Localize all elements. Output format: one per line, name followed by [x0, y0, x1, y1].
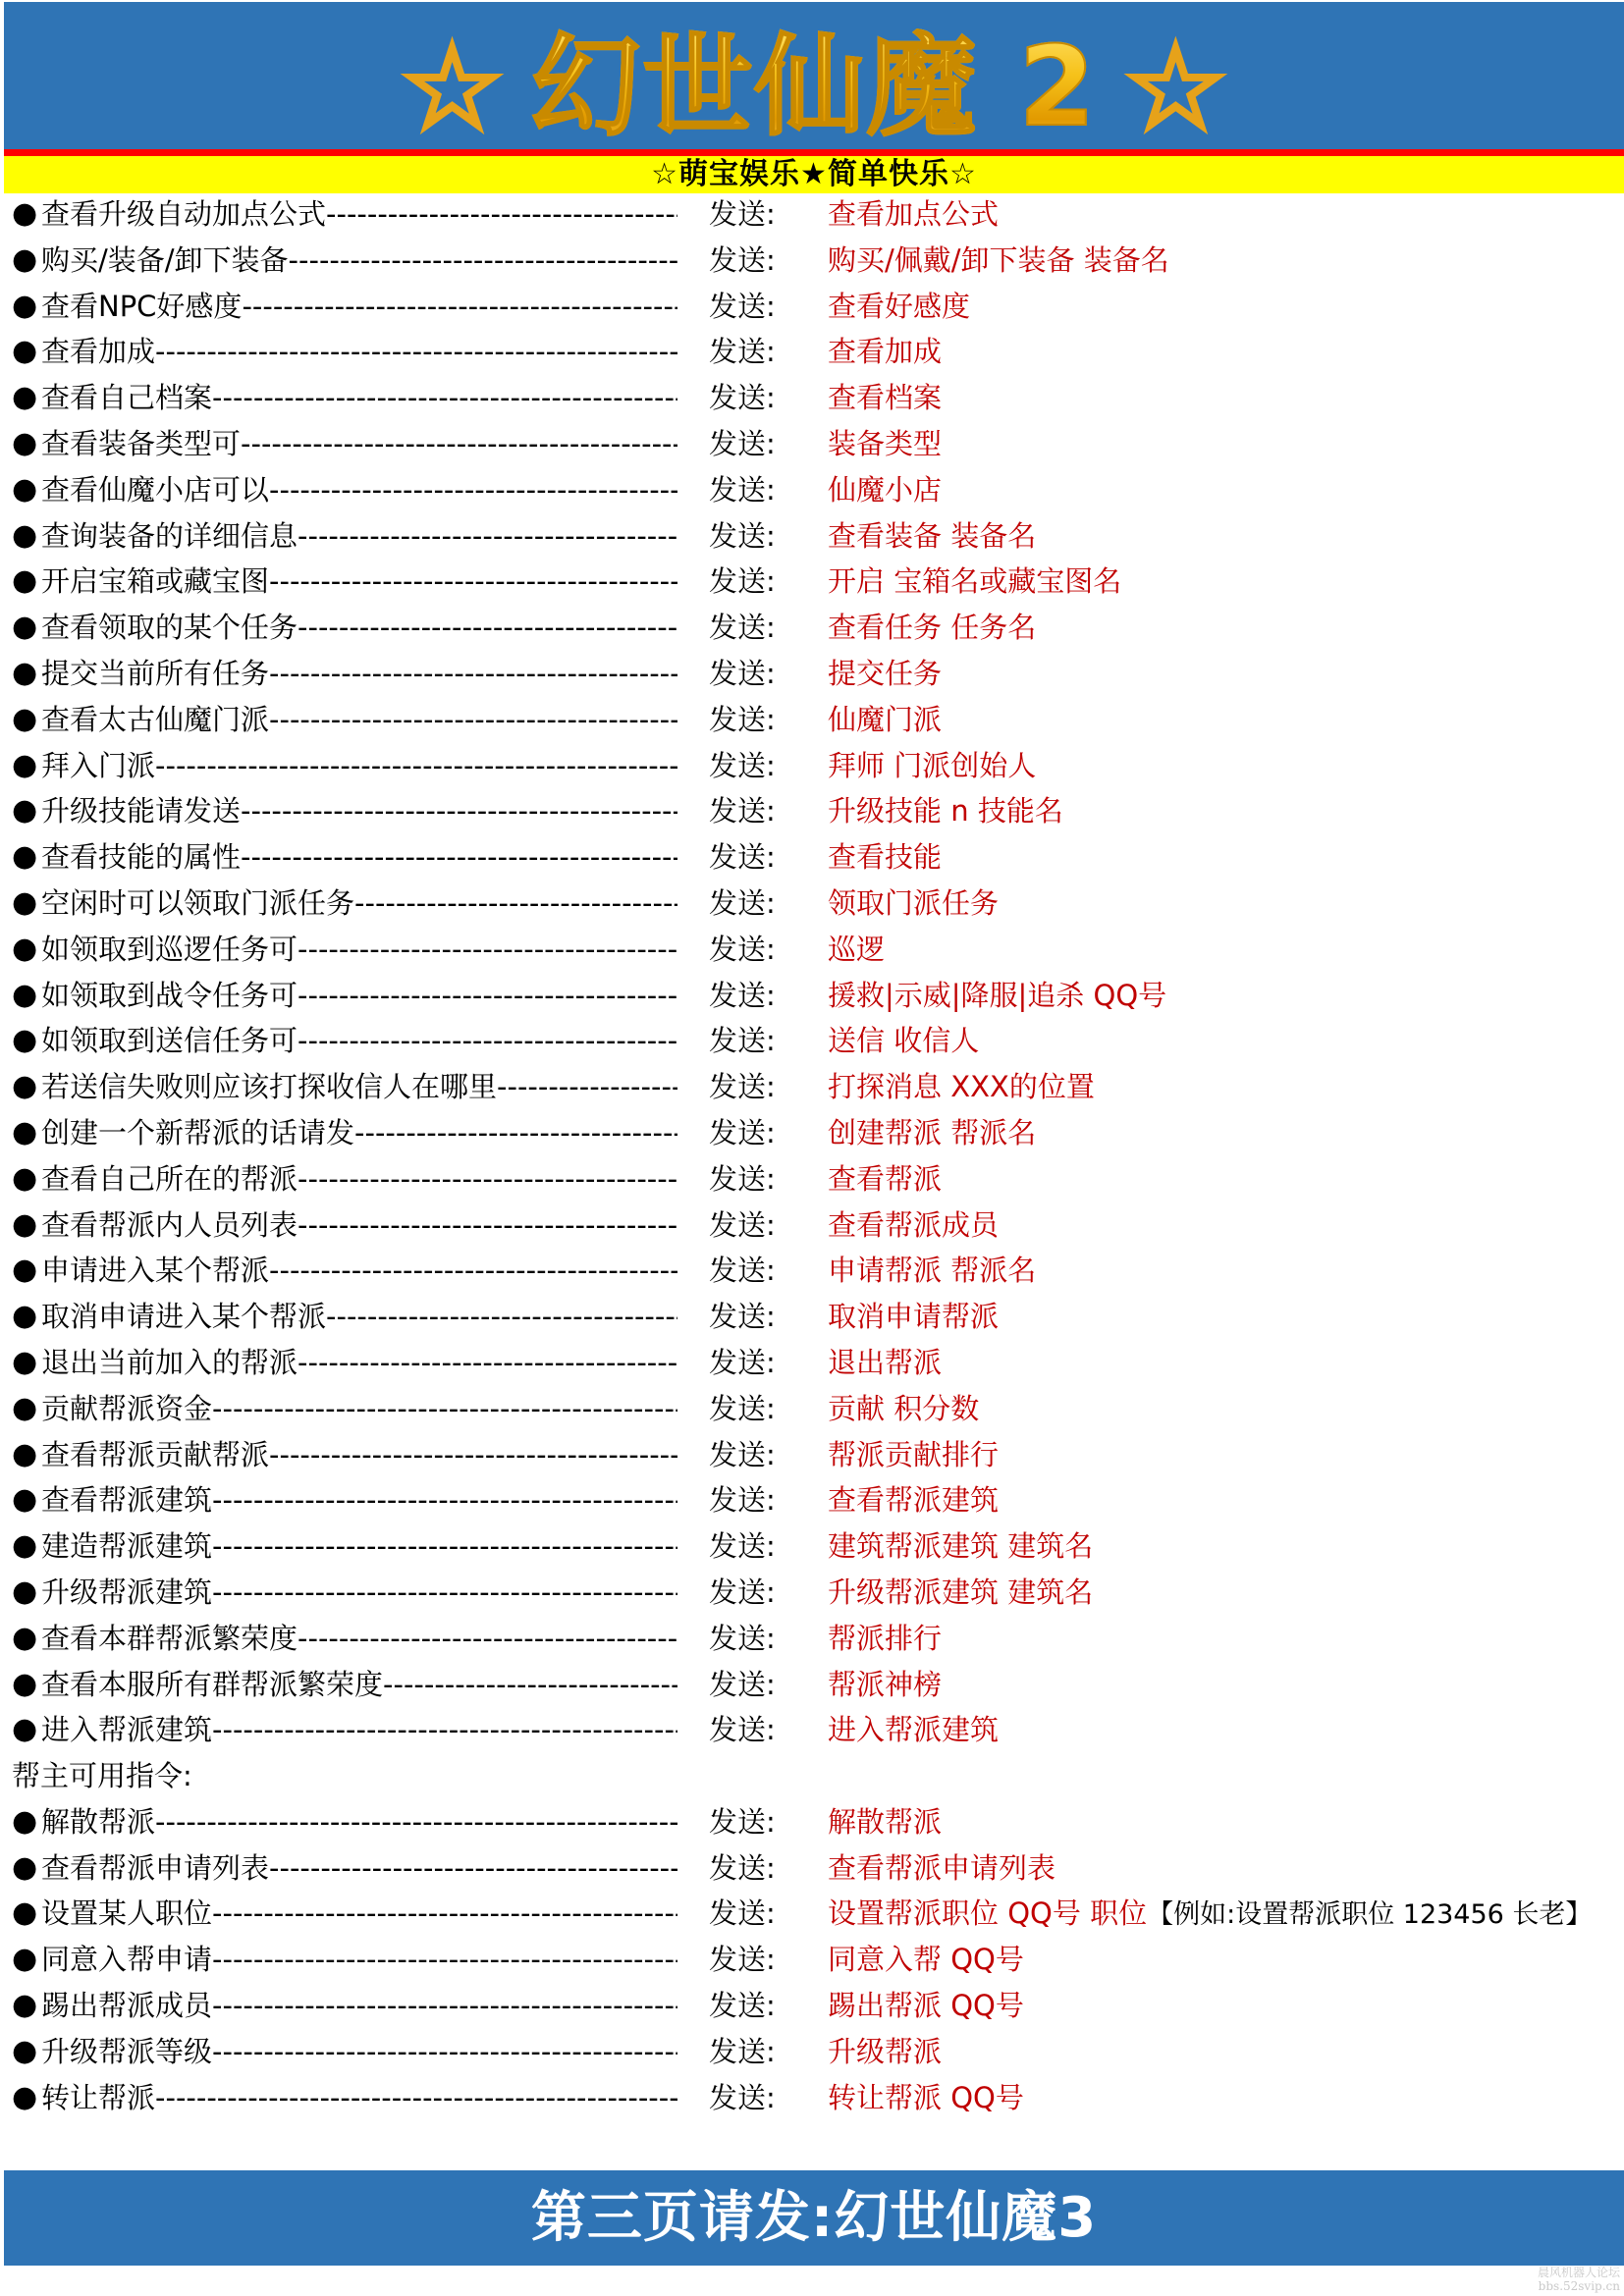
command-row: ●查看技能的属性--------------------------------…: [0, 834, 1624, 881]
leader-dashes: ----------------------------------------…: [241, 840, 677, 874]
command-text: 查看档案: [828, 375, 942, 421]
command-row: ●开启宝箱或藏宝图-------------------------------…: [0, 559, 1624, 605]
watermark-line1: 晨风机器人论坛: [1538, 2266, 1620, 2279]
command-text: 查看装备 装备名: [828, 513, 1036, 560]
command-description: 空闲时可以领取门派任务-----------------------------…: [41, 881, 677, 927]
bullet-icon: ●: [12, 421, 37, 467]
send-label: 发送:: [709, 697, 776, 743]
command-text: 仙魔门派: [828, 697, 942, 743]
bullet-icon: ●: [12, 1064, 37, 1110]
send-label: 发送:: [709, 1937, 776, 1983]
command-row: ●查看帮派申请列表-------------------------------…: [0, 1845, 1624, 1892]
command-text: 退出帮派: [828, 1340, 942, 1386]
command-text: 取消申请帮派: [828, 1294, 999, 1340]
command-text: 查看帮派申请列表: [828, 1845, 1056, 1892]
command-description: 查看本群帮派繁荣度-------------------------------…: [41, 1616, 677, 1662]
command-row: ●查看领取的某个任务------------------------------…: [0, 605, 1624, 651]
star-outline-icon: ☆: [401, 24, 505, 151]
bullet-icon: ●: [12, 284, 37, 330]
command-description: 取消申请进入某个帮派------------------------------…: [41, 1294, 677, 1340]
leader-dashes: ----------------------------------------…: [298, 1208, 677, 1242]
command-text: 同意入帮 QQ号: [828, 1937, 1024, 1983]
command-row: ●进入帮派建筑---------------------------------…: [0, 1707, 1624, 1753]
leader-dashes: ----------------------------------------…: [298, 1622, 677, 1655]
command-row: ●建造帮派建筑---------------------------------…: [0, 1523, 1624, 1570]
command-text: 装备类型: [828, 421, 942, 467]
command-row: ●若送信失败则应该打探收信人在哪里-----------------------…: [0, 1064, 1624, 1110]
bullet-icon: ●: [12, 1294, 37, 1340]
leader-dashes: ----------------------------------------…: [212, 1392, 677, 1425]
bullet-icon: ●: [12, 1386, 37, 1432]
command-row: ●升级帮派等级---------------------------------…: [0, 2029, 1624, 2075]
leader-dashes: ----------------------------------------…: [212, 1713, 677, 1746]
send-label: 发送:: [709, 1248, 776, 1294]
command-description: 申请进入某个帮派--------------------------------…: [41, 1248, 677, 1294]
bullet-icon: ●: [12, 1018, 37, 1064]
bullet-icon: ●: [12, 1202, 37, 1249]
bullet-icon: ●: [12, 651, 37, 697]
watermark: 晨风机器人论坛 bbs.52svip.cn: [1538, 2266, 1620, 2293]
command-description: 解散帮派------------------------------------…: [41, 1799, 677, 1845]
command-description: 查看本服所有群帮派繁荣度----------------------------…: [41, 1662, 677, 1708]
leader-dashes: ----------------------------------------…: [298, 979, 677, 1012]
send-label: 发送:: [709, 329, 776, 375]
command-row: ●同意入帮申请---------------------------------…: [0, 1937, 1624, 1983]
command-list: ●查看升级自动加点公式-----------------------------…: [0, 191, 1624, 2120]
command-description: 进入帮派建筑----------------------------------…: [41, 1707, 677, 1753]
leader-dashes: ----------------------------------------…: [212, 381, 677, 414]
bullet-icon: ●: [12, 1477, 37, 1523]
command-description: 创建一个新帮派的话请发-----------------------------…: [41, 1110, 677, 1156]
command-text: 升级帮派建筑 建筑名: [828, 1570, 1093, 1616]
command-row: ●查询装备的详细信息------------------------------…: [0, 513, 1624, 560]
command-description: 查看帮派内人员列表-------------------------------…: [41, 1202, 677, 1249]
leader-dashes: ----------------------------------------…: [269, 473, 677, 507]
command-text: 建筑帮派建筑 建筑名: [828, 1523, 1093, 1570]
bullet-icon: ●: [12, 513, 37, 560]
command-description: 升级帮派等级----------------------------------…: [41, 2029, 677, 2075]
bullet-icon: ●: [12, 1845, 37, 1892]
command-description: 查看太古仙魔门派--------------------------------…: [41, 697, 677, 743]
footer-banner: 第三页请发:幻世仙魔3: [4, 2170, 1624, 2266]
command-description: 查看领取的某个任务-------------------------------…: [41, 605, 677, 651]
command-text: 开启 宝箱名或藏宝图名: [828, 559, 1121, 605]
command-row: ●查看仙魔小店可以-------------------------------…: [0, 467, 1624, 513]
title-banner: ☆ 幻世仙魔 2 ☆: [4, 2, 1624, 149]
command-description: 查看帮派建筑----------------------------------…: [41, 1477, 677, 1523]
command-description: 如领取到送信任务可-------------------------------…: [41, 1018, 677, 1064]
subtitle: ☆萌宝娱乐★简单快乐☆: [651, 157, 977, 191]
command-text: 查看帮派: [828, 1156, 942, 1202]
leader-dashes: ----------------------------------------…: [354, 1116, 677, 1149]
command-description: 提交当前所有任务--------------------------------…: [41, 651, 677, 697]
bullet-icon: ●: [12, 973, 37, 1019]
send-label: 发送:: [709, 2075, 776, 2121]
command-row: ●查看自己所在的帮派------------------------------…: [0, 1156, 1624, 1202]
leader-dashes: ----------------------------------------…: [269, 564, 677, 598]
bullet-icon: ●: [12, 2075, 37, 2121]
leader-dashes: ----------------------------------------…: [212, 1575, 677, 1609]
command-text: 升级技能 n 技能名: [828, 788, 1063, 834]
command-row: ●查看加成-----------------------------------…: [0, 329, 1624, 375]
send-label: 发送:: [709, 1018, 776, 1064]
command-text: 查看加点公式: [828, 191, 999, 238]
command-row: ●拜入门派-----------------------------------…: [0, 743, 1624, 789]
leader-dashes: ----------------------------------------…: [298, 1024, 677, 1057]
command-row: ●创建一个新帮派的话请发----------------------------…: [0, 1110, 1624, 1156]
send-label: 发送:: [709, 467, 776, 513]
command-row: ●查看太古仙魔门派-------------------------------…: [0, 697, 1624, 743]
title-row: ☆ 幻世仙魔 2 ☆: [4, 24, 1624, 151]
send-label: 发送:: [709, 743, 776, 789]
command-description: 如领取到战令任务可-------------------------------…: [41, 973, 677, 1019]
send-label: 发送:: [709, 191, 776, 238]
send-label: 发送:: [709, 375, 776, 421]
bullet-icon: ●: [12, 743, 37, 789]
bullet-icon: ●: [12, 927, 37, 973]
leader-dashes: ----------------------------------------…: [212, 2035, 677, 2068]
command-description: 查看技能的属性---------------------------------…: [41, 834, 677, 881]
send-label: 发送:: [709, 1662, 776, 1708]
command-row: ●购买/装备/卸下装备-----------------------------…: [0, 238, 1624, 284]
command-row: ●取消申请进入某个帮派-----------------------------…: [0, 1294, 1624, 1340]
command-text: 购买/佩戴/卸下装备 装备名: [828, 238, 1169, 284]
command-description: 拜入门派------------------------------------…: [41, 743, 677, 789]
leader-dashes: ----------------------------------------…: [212, 1943, 677, 1976]
leader-dashes: ----------------------------------------…: [289, 243, 677, 277]
command-description: 设置某人职位----------------------------------…: [41, 1891, 677, 1937]
command-text: 创建帮派 帮派名: [828, 1110, 1036, 1156]
send-label: 发送:: [709, 1340, 776, 1386]
send-label: 发送:: [709, 605, 776, 651]
command-row: ●查看自己档案---------------------------------…: [0, 375, 1624, 421]
command-description: 退出当前加入的帮派-------------------------------…: [41, 1340, 677, 1386]
command-row: ●查看升级自动加点公式-----------------------------…: [0, 191, 1624, 238]
leader-dashes: ----------------------------------------…: [242, 290, 677, 323]
command-description: 查看装备类型可---------------------------------…: [41, 421, 677, 467]
leader-dashes: ----------------------------------------…: [269, 1254, 677, 1287]
leader-dashes: ----------------------------------------…: [298, 611, 677, 644]
command-description: 购买/装备/卸下装备------------------------------…: [41, 238, 677, 284]
command-row: ●解散帮派-----------------------------------…: [0, 1799, 1624, 1845]
bullet-icon: ●: [12, 467, 37, 513]
command-row: ●退出当前加入的帮派------------------------------…: [0, 1340, 1624, 1386]
leader-dashes: ----------------------------------------…: [212, 1896, 677, 1930]
send-label: 发送:: [709, 834, 776, 881]
command-text: 贡献 积分数: [828, 1386, 979, 1432]
command-description: 转让帮派------------------------------------…: [41, 2075, 677, 2121]
bullet-icon: ●: [12, 1523, 37, 1570]
command-description: 查看帮派申请列表--------------------------------…: [41, 1845, 677, 1892]
subtitle-band: ☆萌宝娱乐★简单快乐☆: [4, 156, 1624, 193]
send-label: 发送:: [709, 1156, 776, 1202]
command-row: ●查看帮派内人员列表------------------------------…: [0, 1202, 1624, 1249]
command-text: 打探消息 XXX的位置: [828, 1064, 1095, 1110]
command-description: 如领取到巡逻任务可-------------------------------…: [41, 927, 677, 973]
leader-dashes: ----------------------------------------…: [326, 197, 677, 231]
send-label: 发送:: [709, 1983, 776, 2029]
bullet-icon: ●: [12, 1616, 37, 1662]
send-label: 发送:: [709, 973, 776, 1019]
command-description: 踢出帮派成员----------------------------------…: [41, 1983, 677, 2029]
command-description: 查看加成------------------------------------…: [41, 329, 677, 375]
bullet-icon: ●: [12, 1707, 37, 1753]
command-description: 若送信失败则应该打探收信人在哪里------------------------…: [41, 1064, 677, 1110]
command-row: ●如领取到战令任务可------------------------------…: [0, 973, 1624, 1019]
command-text: 踢出帮派 QQ号: [828, 1983, 1024, 2029]
next-page-hint: 第三页请发:幻世仙魔3: [531, 2186, 1097, 2250]
leader-dashes: ----------------------------------------…: [155, 1805, 677, 1839]
command-text: 设置帮派职位 QQ号 职位【例如:设置帮派职位 123456 长老】: [828, 1891, 1592, 1939]
command-text: 提交任务: [828, 651, 942, 697]
star-outline-icon: ☆: [1124, 24, 1228, 151]
command-row: ●提交当前所有任务-------------------------------…: [0, 651, 1624, 697]
bullet-icon: ●: [12, 1983, 37, 2029]
command-text: 帮派神榜: [828, 1662, 942, 1708]
bullet-icon: ●: [12, 2029, 37, 2075]
command-description: 升级技能请发送---------------------------------…: [41, 788, 677, 834]
leader-dashes: ----------------------------------------…: [212, 1483, 677, 1517]
send-label: 发送:: [709, 927, 776, 973]
bullet-icon: ●: [12, 1110, 37, 1156]
command-row: ●查看帮派贡献帮派-------------------------------…: [0, 1432, 1624, 1478]
command-text: 查看帮派建筑: [828, 1477, 999, 1523]
send-label: 发送:: [709, 1202, 776, 1249]
send-label: 发送:: [709, 1570, 776, 1616]
command-text: 查看任务 任务名: [828, 605, 1036, 651]
command-description: 升级帮派建筑----------------------------------…: [41, 1570, 677, 1616]
send-label: 发送:: [709, 1110, 776, 1156]
bullet-icon: ●: [12, 834, 37, 881]
bullet-icon: ●: [12, 1937, 37, 1983]
command-text: 拜师 门派创始人: [828, 743, 1036, 789]
leader-dashes: ----------------------------------------…: [241, 427, 677, 460]
divider-red: [4, 149, 1624, 156]
command-text: 领取门派任务: [828, 881, 999, 927]
command-text: 申请帮派 帮派名: [828, 1248, 1036, 1294]
bullet-icon: ●: [12, 605, 37, 651]
command-description: 查看自己所在的帮派-------------------------------…: [41, 1156, 677, 1202]
leader-dashes: ----------------------------------------…: [269, 1851, 677, 1885]
command-text: 查看技能: [828, 834, 942, 881]
page-title: 幻世仙魔 2: [531, 24, 1098, 151]
command-description: 查看升级自动加点公式------------------------------…: [41, 191, 677, 238]
command-description: 查看NPC好感度--------------------------------…: [41, 284, 677, 330]
leader-dashes: ----------------------------------------…: [212, 1529, 677, 1563]
leader-dashes: ----------------------------------------…: [383, 1668, 677, 1701]
send-label: 发送:: [709, 421, 776, 467]
command-text: 帮派排行: [828, 1616, 942, 1662]
bullet-icon: ●: [12, 1156, 37, 1202]
leader-dashes: ----------------------------------------…: [298, 1346, 677, 1379]
command-description: 查询装备的详细信息-------------------------------…: [41, 513, 677, 560]
command-description: 查看帮派贡献帮派--------------------------------…: [41, 1432, 677, 1478]
command-text: 查看加成: [828, 329, 942, 375]
command-description: 查看仙魔小店可以--------------------------------…: [41, 467, 677, 513]
send-label: 发送:: [709, 881, 776, 927]
command-text: 转让帮派 QQ号: [828, 2075, 1024, 2121]
command-row: ●升级帮派建筑---------------------------------…: [0, 1570, 1624, 1616]
command-text: 帮派贡献排行: [828, 1432, 999, 1478]
leader-dashes: ----------------------------------------…: [298, 933, 677, 966]
command-text: 查看帮派成员: [828, 1202, 999, 1249]
command-row: ●贡献帮派资金---------------------------------…: [0, 1386, 1624, 1432]
command-row: ●查看NPC好感度-------------------------------…: [0, 284, 1624, 330]
leader-dashes: ----------------------------------------…: [155, 335, 677, 368]
bullet-icon: ●: [12, 1248, 37, 1294]
send-label: 发送:: [709, 1432, 776, 1478]
leader-dashes: ----------------------------------------…: [298, 519, 677, 553]
send-label: 发送:: [709, 1707, 776, 1753]
watermark-line2: bbs.52svip.cn: [1538, 2279, 1620, 2293]
leader-dashes: ----------------------------------------…: [354, 886, 677, 920]
send-label: 发送:: [709, 238, 776, 284]
command-text: 进入帮派建筑: [828, 1707, 999, 1753]
command-text: 查看好感度: [828, 284, 970, 330]
send-label: 发送:: [709, 1064, 776, 1110]
leader-dashes: ----------------------------------------…: [269, 1438, 677, 1471]
bullet-icon: ●: [12, 1662, 37, 1708]
leader-dashes: ----------------------------------------…: [298, 1162, 677, 1196]
command-row: ●转让帮派-----------------------------------…: [0, 2075, 1624, 2121]
send-label: 发送:: [709, 1294, 776, 1340]
command-text: 送信 收信人: [828, 1018, 979, 1064]
send-label: 发送:: [709, 1799, 776, 1845]
command-row: ●如领取到送信任务可------------------------------…: [0, 1018, 1624, 1064]
leader-dashes: ----------------------------------------…: [269, 657, 677, 690]
leader-dashes: ----------------------------------------…: [212, 1989, 677, 2022]
send-label: 发送:: [709, 1386, 776, 1432]
command-row: ●升级技能请发送--------------------------------…: [0, 788, 1624, 834]
command-text: 升级帮派: [828, 2029, 942, 2075]
bullet-icon: ●: [12, 1570, 37, 1616]
command-description: 查看自己档案----------------------------------…: [41, 375, 677, 421]
command-text: 解散帮派: [828, 1799, 942, 1845]
command-text: 仙魔小店: [828, 467, 942, 513]
command-description: 同意入帮申请----------------------------------…: [41, 1937, 677, 1983]
bullet-icon: ●: [12, 1891, 37, 1937]
send-label: 发送:: [709, 1477, 776, 1523]
bullet-icon: ●: [12, 788, 37, 834]
command-row: ●踢出帮派成员---------------------------------…: [0, 1983, 1624, 2029]
bullet-icon: ●: [12, 1340, 37, 1386]
command-row: ●空闲时可以领取门派任务----------------------------…: [0, 881, 1624, 927]
bullet-icon: ●: [12, 238, 37, 284]
bullet-icon: ●: [12, 697, 37, 743]
send-label: 发送:: [709, 788, 776, 834]
command-row: ●申请进入某个帮派-------------------------------…: [0, 1248, 1624, 1294]
command-text: 援救|示威|降服|追杀 QQ号: [828, 973, 1166, 1019]
command-row: ●查看帮派建筑---------------------------------…: [0, 1477, 1624, 1523]
send-label: 发送:: [709, 284, 776, 330]
send-label: 发送:: [709, 1845, 776, 1892]
command-description: 建造帮派建筑----------------------------------…: [41, 1523, 677, 1570]
bullet-icon: ●: [12, 559, 37, 605]
bullet-icon: ●: [12, 881, 37, 927]
command-row: ●设置某人职位---------------------------------…: [0, 1891, 1624, 1937]
leader-dashes: ----------------------------------------…: [269, 703, 677, 736]
leader-dashes: ----------------------------------------…: [155, 2081, 677, 2114]
leader-dashes: ----------------------------------------…: [155, 749, 677, 782]
command-row: ●如领取到巡逻任务可------------------------------…: [0, 927, 1624, 973]
leader-dashes: ----------------------------------------…: [326, 1300, 677, 1333]
leader-section-label: 帮主可用指令:: [0, 1753, 1624, 1799]
send-label: 发送:: [709, 2029, 776, 2075]
send-label: 发送:: [709, 559, 776, 605]
bullet-icon: ●: [12, 191, 37, 238]
send-label: 发送:: [709, 651, 776, 697]
bullet-icon: ●: [12, 1432, 37, 1478]
bullet-icon: ●: [12, 329, 37, 375]
command-row: ●查看装备类型可--------------------------------…: [0, 421, 1624, 467]
leader-dashes: ----------------------------------------…: [241, 794, 677, 828]
command-description: 贡献帮派资金----------------------------------…: [41, 1386, 677, 1432]
send-label: 发送:: [709, 1891, 776, 1937]
command-row: ●查看本服所有群帮派繁荣度---------------------------…: [0, 1662, 1624, 1708]
send-label: 发送:: [709, 1616, 776, 1662]
leader-dashes: ----------------------------------------…: [497, 1070, 677, 1103]
bullet-icon: ●: [12, 375, 37, 421]
command-example: 【例如:设置帮派职位 123456 长老】: [1147, 1899, 1592, 1930]
command-text: 巡逻: [828, 927, 885, 973]
command-description: 开启宝箱或藏宝图--------------------------------…: [41, 559, 677, 605]
send-label: 发送:: [709, 513, 776, 560]
command-row: ●查看本群帮派繁荣度------------------------------…: [0, 1616, 1624, 1662]
send-label: 发送:: [709, 1523, 776, 1570]
bullet-icon: ●: [12, 1799, 37, 1845]
